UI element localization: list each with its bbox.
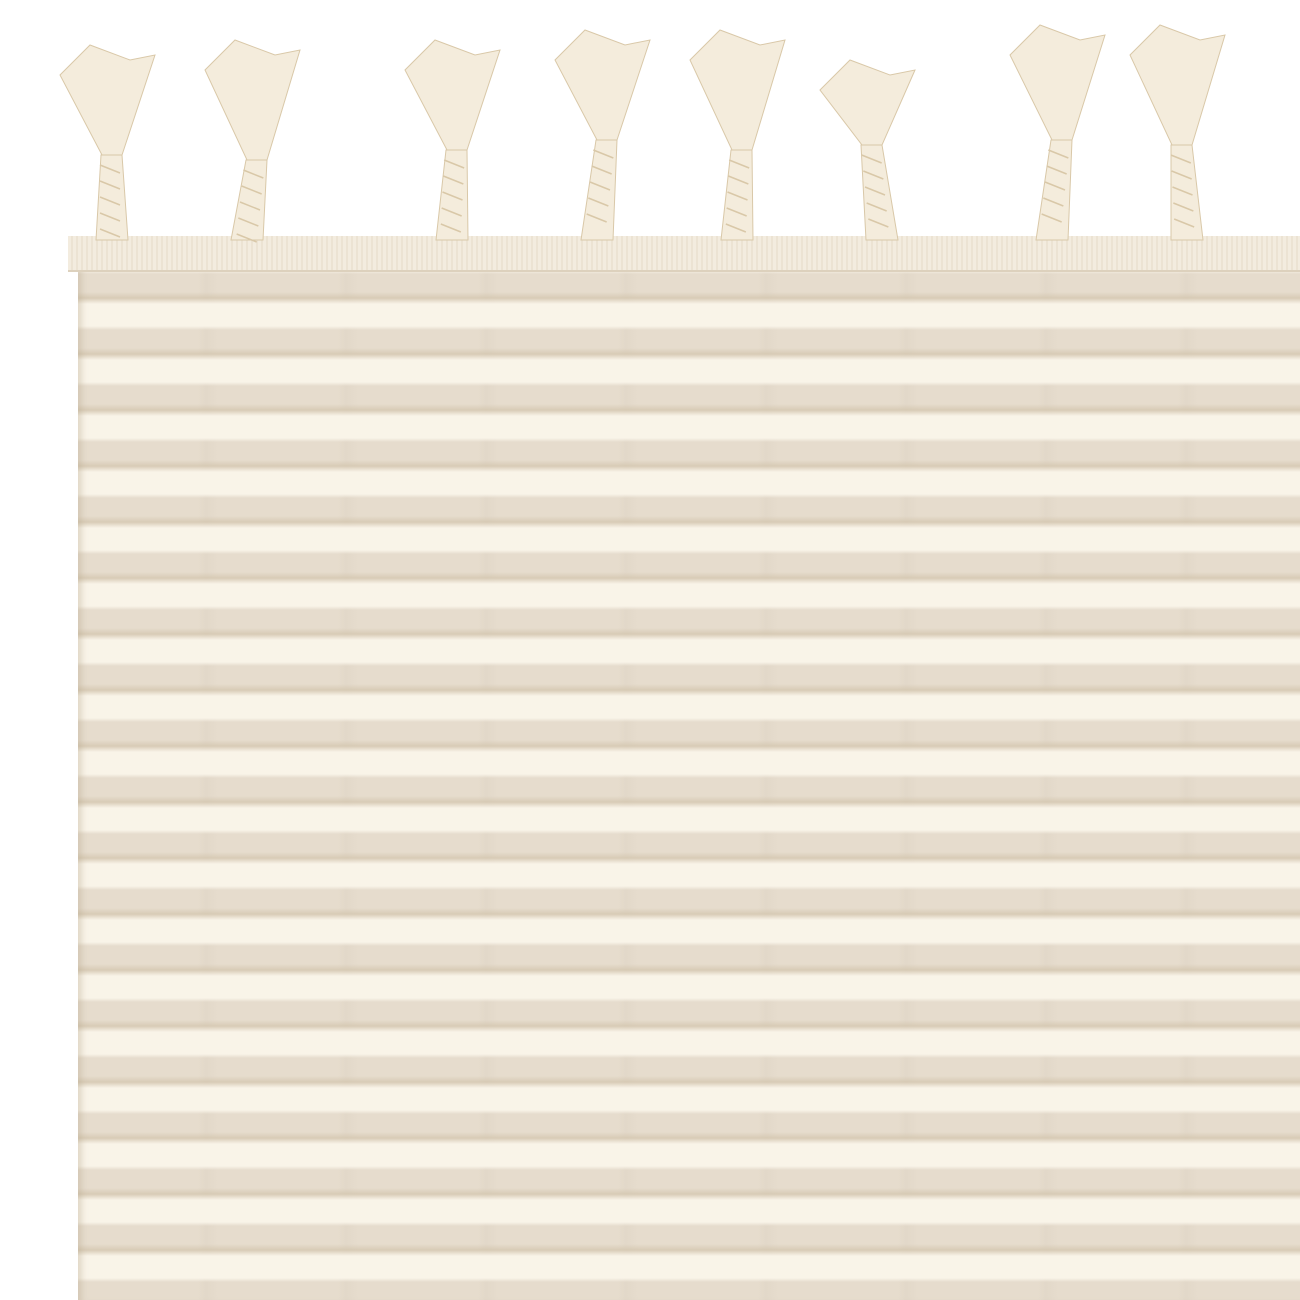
tassel-fringe — [0, 0, 1300, 260]
tassel-icon — [690, 30, 785, 240]
tassel-icon — [1130, 25, 1225, 240]
tassel-icon — [555, 30, 650, 240]
rug-photo — [0, 0, 1300, 1300]
tassel-icon — [820, 60, 915, 240]
tassel-icon — [405, 40, 500, 240]
tassel-icon — [205, 40, 300, 242]
tassel-icon — [1010, 25, 1105, 240]
tassel-icon — [60, 45, 155, 240]
rug-pile-body — [78, 236, 1300, 1300]
